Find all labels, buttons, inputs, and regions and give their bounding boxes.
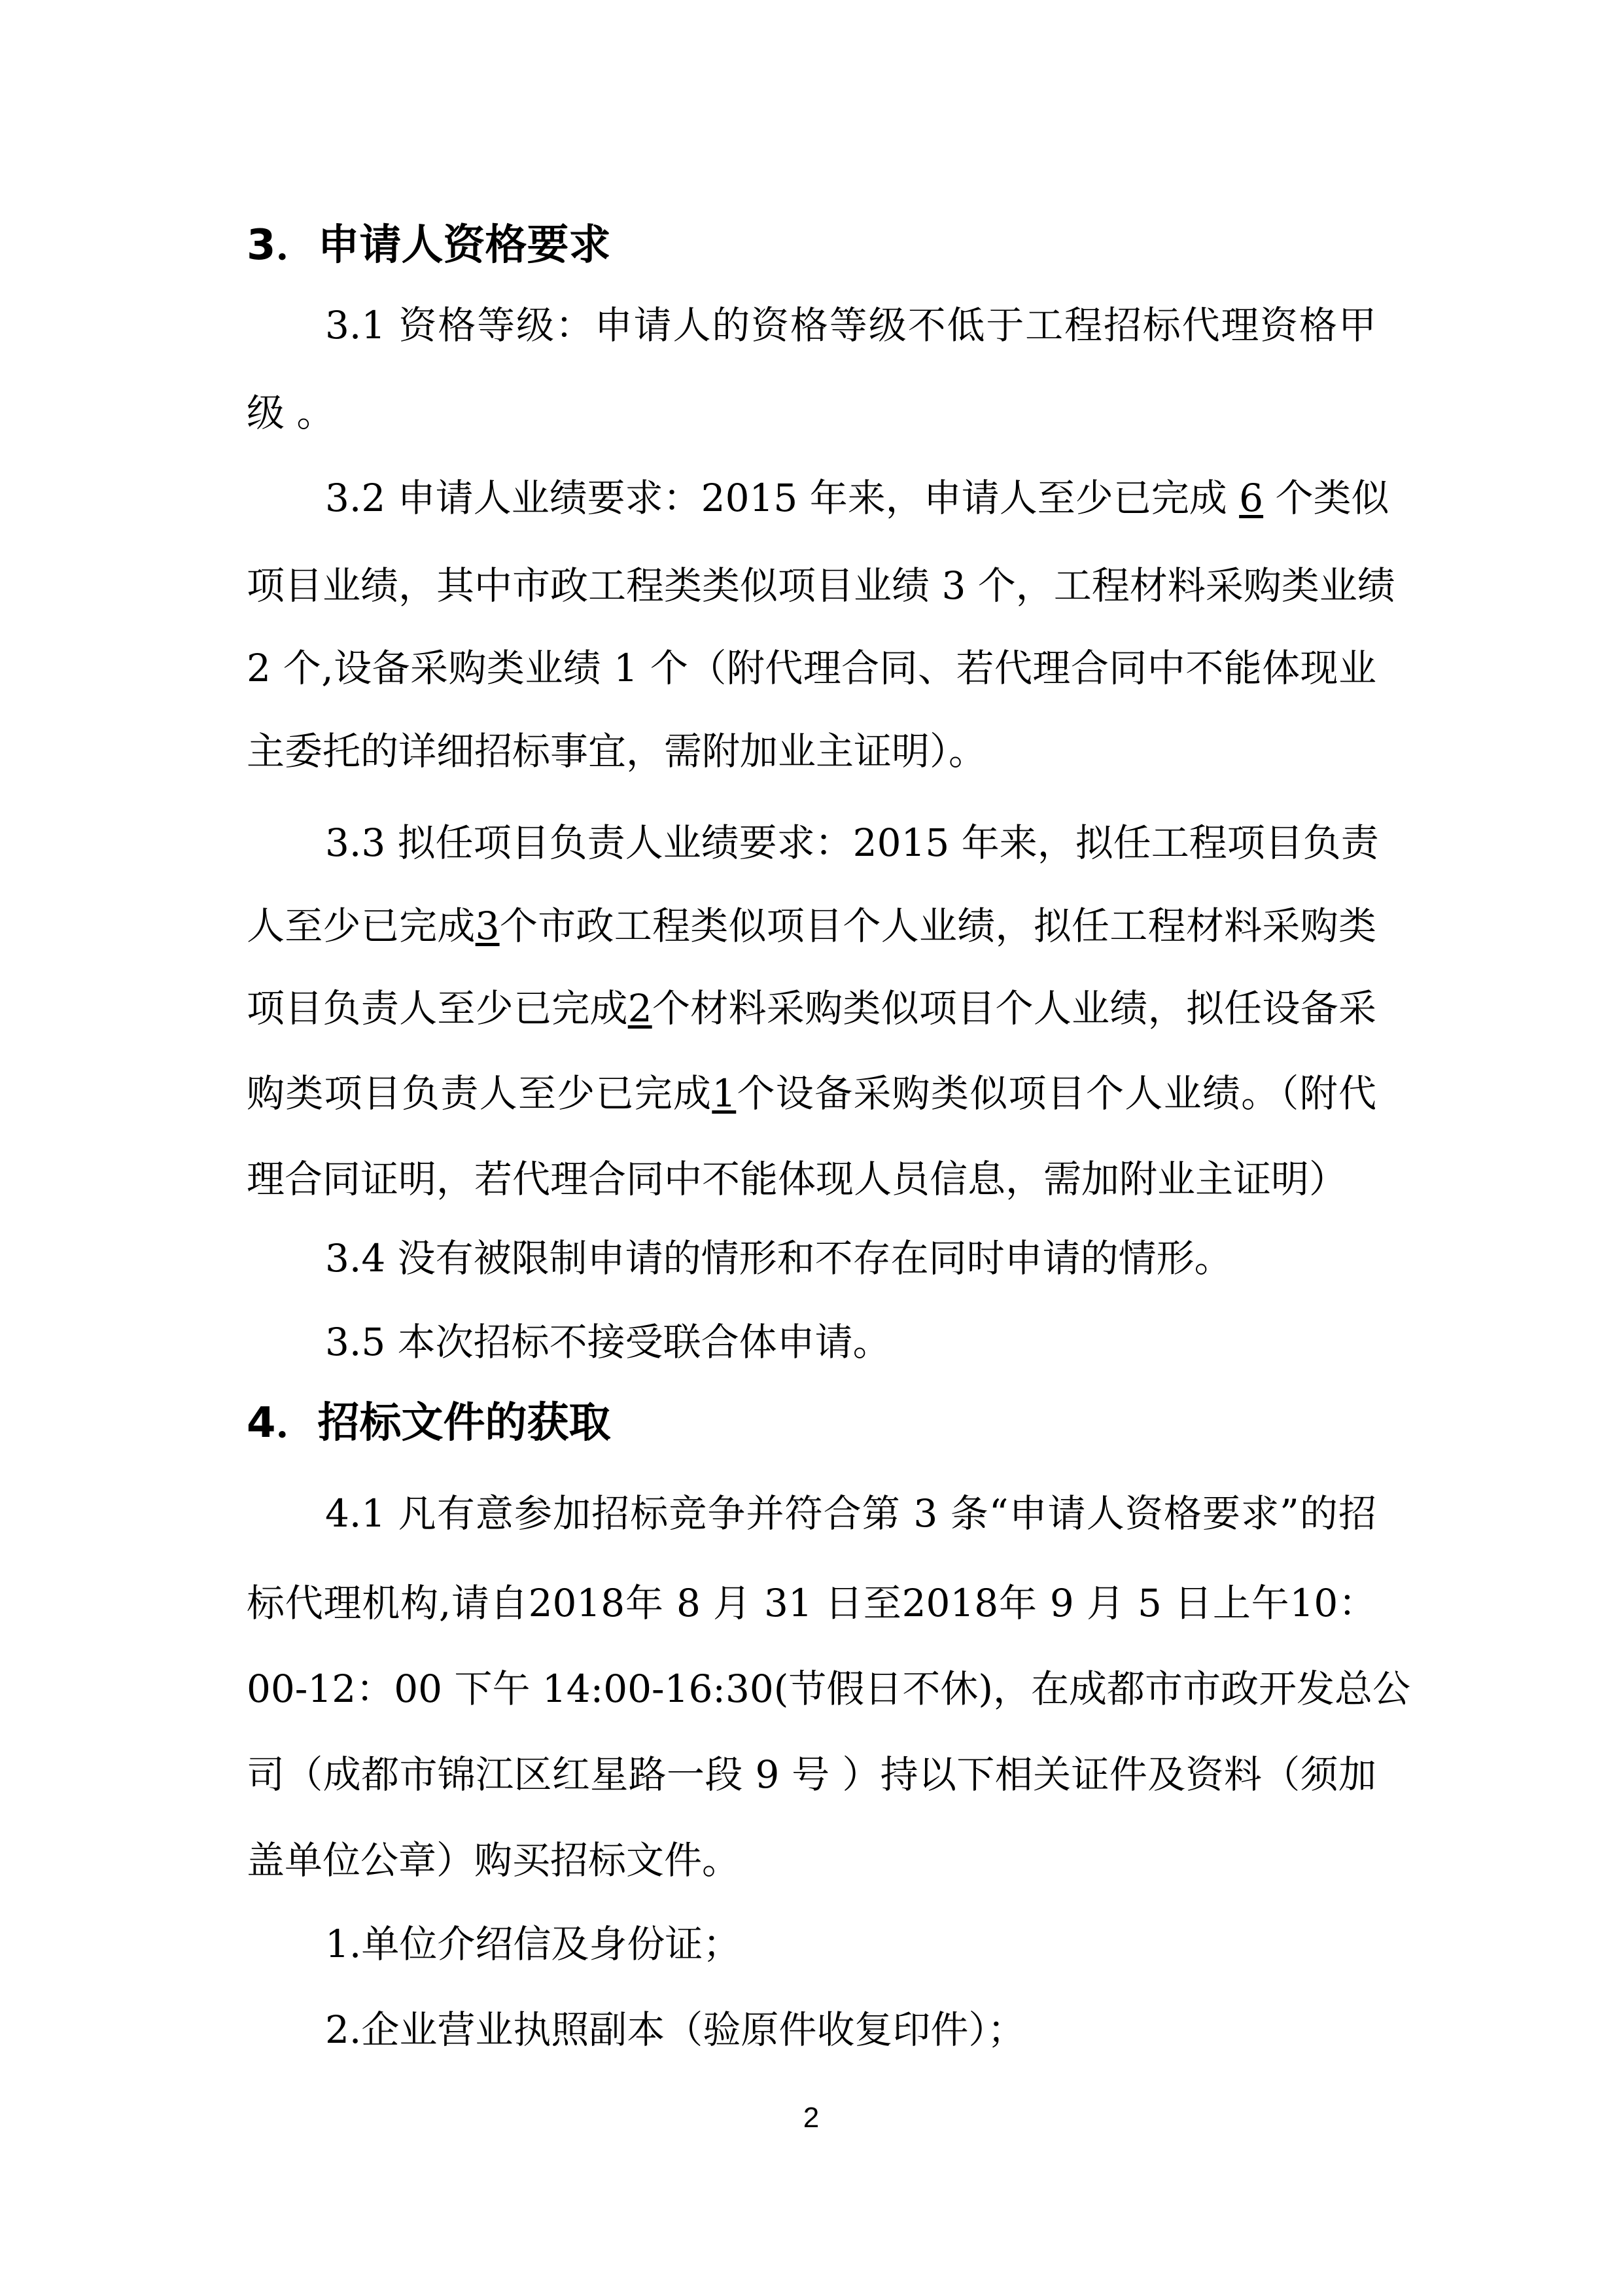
paragraph-3-3-line-3: 项目负责人至少已完成2个材料采购类似项目个人业绩，拟任设备采	[247, 982, 1376, 1034]
underlined-count: 1	[712, 1071, 736, 1116]
text-segment: 项目负责人至少已完成	[247, 986, 628, 1031]
paragraph-4-1-line-1: 4.1 凡有意参加招标竞争并符合第 3 条“申请人资格要求”的招	[325, 1487, 1376, 1540]
paragraph-3-2-line-4: 主委托的详细招标事宜，需附加业主证明）。	[247, 725, 1376, 777]
text-segment: 个市政工程类似项目个人业绩，拟任工程材料采购类	[500, 904, 1376, 948]
paragraph-3-3-line-1: 3.3 拟任项目负责人业绩要求：2015 年来，拟任工程项目负责	[325, 817, 1376, 869]
text-segment: 人至少已完成	[247, 904, 476, 948]
paragraph-3-1-line-2: 级 。	[247, 387, 1376, 439]
paragraph-4-1-line-2: 标代理机构,请自2018年 8 月 31 日至2018年 9 月 5 日上午10…	[247, 1577, 1376, 1629]
paragraph-3-2-line-3: 2 个,设备采购类业绩 1 个（附代理合同、若代理合同中不能体现业	[247, 642, 1376, 694]
text-segment: 3.2 申请人业绩要求：2015 年来，申请人至少已完成	[325, 476, 1239, 520]
page-number: 2	[785, 2098, 837, 2138]
paragraph-3-1-line-1: 3.1 资格等级：申请人的资格等级不低于工程招标代理资格甲	[325, 299, 1376, 351]
list-item-2: 2.企业营业执照副本（验原件收复印件）；	[325, 2004, 1376, 2056]
text-segment: 个类似	[1263, 476, 1389, 520]
paragraph-3-3-line-4: 购类项目负责人至少已完成1个设备采购类似项目个人业绩。（附代	[247, 1067, 1376, 1120]
paragraph-4-1-line-3: 00-12：00 下午 14:00-16:30(节假日不休)，在成都市市政开发总…	[247, 1663, 1376, 1715]
paragraph-4-1-line-4: 司（成都市锦江区红星路一段 9 号 ）持以下相关证件及资料（须加	[247, 1748, 1376, 1801]
paragraph-3-4: 3.4 没有被限制申请的情形和不存在同时申请的情形。	[325, 1232, 1376, 1284]
section-4-heading: 4．招标文件的获取	[247, 1394, 611, 1453]
text-segment: 购类项目负责人至少已完成	[247, 1071, 712, 1116]
paragraph-4-1-line-5: 盖单位公章）购买招标文件。	[247, 1834, 1376, 1886]
paragraph-3-3-line-5: 理合同证明，若代理合同中不能体现人员信息，需加附业主证明）	[247, 1153, 1376, 1205]
paragraph-3-3-line-2: 人至少已完成3个市政工程类似项目个人业绩，拟任工程材料采购类	[247, 900, 1376, 952]
document-page: 3．申请人资格要求 3.1 资格等级：申请人的资格等级不低于工程招标代理资格甲 …	[0, 0, 1623, 2296]
text-segment: 个材料采购类似项目个人业绩，拟任设备采	[652, 986, 1376, 1031]
underlined-count: 2	[628, 986, 652, 1031]
text-segment: 个设备采购类似项目个人业绩。（附代	[736, 1071, 1376, 1116]
underlined-count: 3	[476, 904, 500, 948]
list-item-1: 1.单位介绍信及身份证；	[325, 1918, 1376, 1970]
section-3-heading: 3．申请人资格要求	[247, 216, 611, 275]
paragraph-3-2-line-1: 3.2 申请人业绩要求：2015 年来，申请人至少已完成 6 个类似	[325, 472, 1376, 524]
paragraph-3-5: 3.5 本次招标不接受联合体申请。	[325, 1316, 1376, 1368]
paragraph-3-2-line-2: 项目业绩，其中市政工程类类似项目业绩 3 个，工程材料采购类业绩	[247, 559, 1376, 612]
underlined-count: 6	[1239, 476, 1263, 520]
